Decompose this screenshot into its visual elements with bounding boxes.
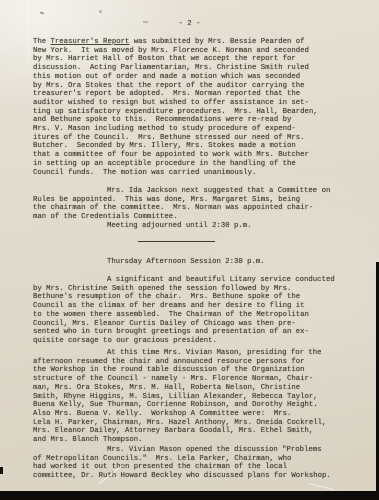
paper-speck: [99, 10, 102, 13]
adjournment-line: Meeting adjourned until 2:30 p.m.: [33, 222, 379, 231]
paper-crease: [308, 483, 333, 490]
paper-crease: [28, 0, 29, 62]
paragraph-lead-text: The: [33, 38, 51, 46]
rules-committee-paragraph: Mrs. Ida Jackson next suggested that a C…: [33, 187, 353, 222]
treasurers-report-title: Treasurer's Report: [51, 38, 130, 46]
workshop-resource-persons-paragraph: At this time Mrs. Vivian Mason, presidin…: [33, 349, 353, 445]
litany-service-paragraph: A significant and beautiful Litany servi…: [33, 276, 353, 346]
paper-speck: [40, 11, 44, 14]
page-number: - 2 -: [0, 20, 379, 29]
scan-edge-bottom: [0, 491, 379, 500]
section-divider-rule: [138, 241, 215, 242]
scanned-page: - 2 - The Treasurer's Report was submitt…: [0, 0, 379, 500]
paragraph-body-text: was submitted by Mrs. Bessie Pearden of …: [33, 38, 318, 177]
paper-speck: [143, 21, 148, 23]
session-heading: Thursday Afternoon Session 2:30 p.m.: [33, 258, 379, 267]
metropolitan-councils-paragraph: Mrs. Vivian Mason opened the discussion …: [33, 446, 353, 481]
treasurers-report-paragraph: The Treasurer's Report was submitted by …: [33, 38, 353, 177]
scan-edge-notch: [0, 467, 3, 474]
